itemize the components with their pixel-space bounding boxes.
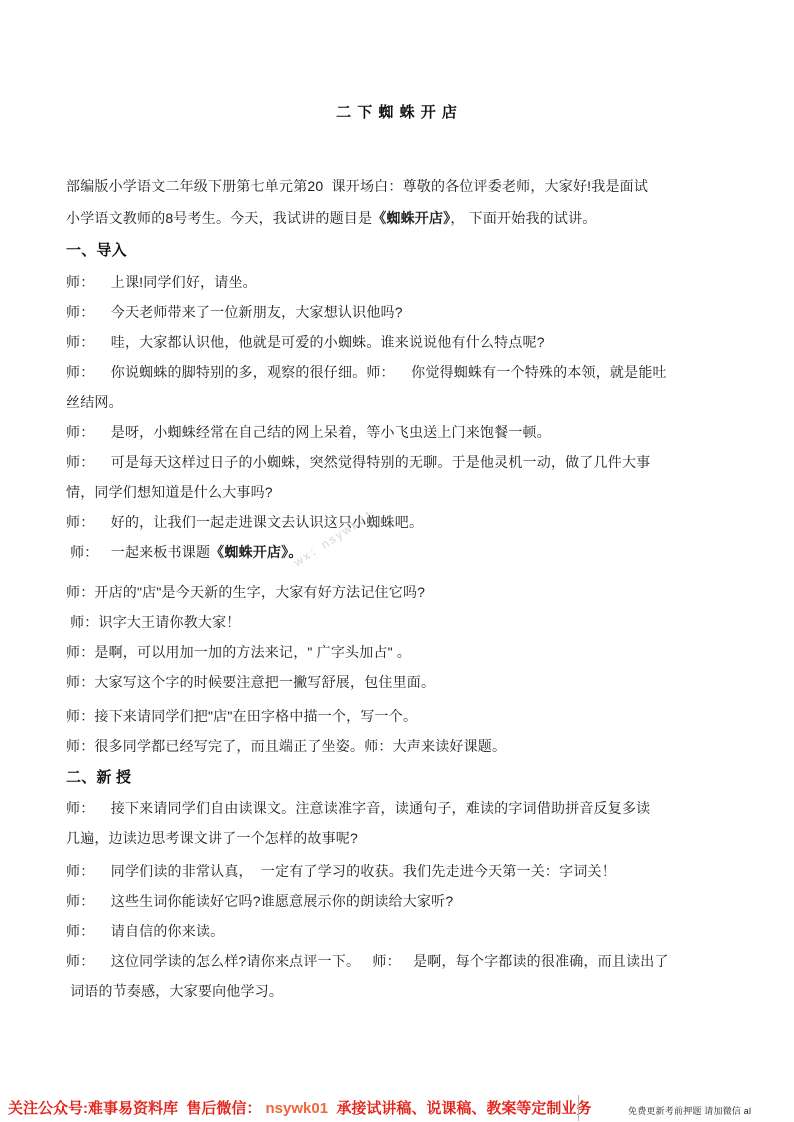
text-line: 师： 今天老师带来了一位新朋友，大家想认识他吗? <box>66 297 734 327</box>
text-segment: 几遍，边读边思考课文讲了一个怎样的故事呢? <box>66 830 358 846</box>
document-body: 部编版小学语文二年级下册第七单元第20 课开场白：尊敬的各位评委老师，大家好!我… <box>66 171 734 1006</box>
text-line: 师： 请自信的你来读。 <box>66 916 734 946</box>
text-line: 情，同学们想知道是什么大事吗? <box>66 477 734 507</box>
text-line: 师： 好的，让我们一起走进课文去认识这只小蜘蛛吧。 <box>66 507 734 537</box>
text-segment: 师： 这位同学读的怎么样?请你来点评一下。 师： 是啊，每个字都读的很准确，而且… <box>66 953 669 969</box>
footer-promo-text: 关注公众号:难事易资料库 售后微信： <box>8 1100 266 1117</box>
text-segment: 师：大家写这个字的时候要注意把一撇写舒展，包住里面。 <box>66 674 435 690</box>
text-segment: 师： 接下来请同学们自由读课文。注意读准字音，读通句子，难读的字词借助拼音反复多… <box>66 800 650 816</box>
text-segment: 词语的节奏感，大家要向他学习。 <box>66 983 283 999</box>
text-segment: 师： 可是每天这样过日子的小蜘蛛，突然觉得特别的无聊。于是他灵机一动，做了几件大… <box>66 454 650 470</box>
text-line: 师： 同学们读的非常认真， 一定有了学习的收获。我们先走进今天第一关：字词关！ <box>66 856 734 886</box>
text-line: 师： 是呀，小蜘蛛经常在自己结的网上呆着，等小飞虫送上门来饱餐一顿。 <box>66 417 734 447</box>
bold-text-segment: 一、导入 <box>66 242 127 259</box>
text-line: 师： 可是每天这样过日子的小蜘蛛，突然觉得特别的无聊。于是他灵机一动，做了几件大… <box>66 447 734 477</box>
text-segment: 师：开店的"店"是今天新的生字，大家有好方法记住它吗? <box>66 584 425 600</box>
text-segment: 师： 今天老师带来了一位新朋友，大家想认识他吗? <box>66 304 403 320</box>
text-segment: 师： 你说蜘蛛的脚特别的多，观察的很仔细。师： 你觉得蜘蛛有一个特殊的本领，就是… <box>66 364 667 380</box>
text-line: 师：大家写这个字的时候要注意把一撇写舒展，包住里面。 <box>66 667 734 697</box>
text-line: 师：识字大王请你教大家！ <box>66 607 734 637</box>
text-segment: 师： 是呀，小蜘蛛经常在自己结的网上呆着，等小飞虫送上门来饱餐一顿。 <box>66 424 551 440</box>
text-line: 师： 这些生词你能读好它吗?谁愿意展示你的朗读给大家听? <box>66 886 734 916</box>
text-segment: 情，同学们想知道是什么大事吗? <box>66 484 273 500</box>
text-segment: 师：接下来请同学们把"店"在田字格中描一个，写一个。 <box>66 708 417 724</box>
footer-divider <box>578 1095 579 1121</box>
section-heading: 一、导入 <box>66 236 734 266</box>
text-line: 师： 一起来板书课题《蜘蛛开店》。 <box>66 537 734 567</box>
text-segment: 部编版小学语文二年级下册第七单元第20 课开场白：尊敬的各位评委老师，大家好!我… <box>66 178 648 194</box>
footer-promo-text: 承接试讲稿、说课稿、教案等定制业务 <box>328 1100 591 1117</box>
bold-text-segment: 《蜘蛛开店》。 <box>210 544 302 560</box>
text-line: 小学语文教师的8号考生。今天，我试讲的题目是《蜘蛛开店》， 下面开始我的试讲。 <box>66 203 734 233</box>
text-line: 师： 上课!同学们好，请坐。 <box>66 267 734 297</box>
text-line: 师： 你说蜘蛛的脚特别的多，观察的很仔细。师： 你觉得蜘蛛有一个特殊的本领，就是… <box>66 357 734 387</box>
text-line: 师：很多同学都已经写完了，而且端正了坐姿。师：大声来读好课题。 <box>66 731 734 761</box>
text-segment: 师： 请自信的你来读。 <box>66 923 224 939</box>
section-heading: 二、新 授 <box>66 763 734 793</box>
text-segment: 师：是啊，可以用加一加的方法来记，" 广字头加占" 。 <box>66 644 411 660</box>
text-segment: 丝结网。 <box>66 394 123 410</box>
text-segment: 师：识字大王请你教大家！ <box>66 614 241 630</box>
text-line: 师：是啊，可以用加一加的方法来记，" 广字头加占" 。 <box>66 637 734 667</box>
text-segment: 小学语文教师的8号考生。今天，我试讲的题目是 <box>66 210 372 226</box>
footer-wechat-id: nsywk01 <box>266 1100 329 1117</box>
bold-text-segment: 《蜘蛛开店》 <box>372 210 450 226</box>
footer-banner: 关注公众号:难事易资料库 售后微信： nsywk01 承接试讲稿、说课稿、教案等… <box>8 1097 591 1121</box>
text-line: 部编版小学语文二年级下册第七单元第20 课开场白：尊敬的各位评委老师，大家好!我… <box>66 171 734 201</box>
footer-note: 免费更新考前押题 请加微信 al <box>628 1104 751 1117</box>
text-line: 师： 这位同学读的怎么样?请你来点评一下。 师： 是啊，每个字都读的很准确，而且… <box>66 946 734 976</box>
text-segment: 师： 好的，让我们一起走进课文去认识这只小蜘蛛吧。 <box>66 514 423 530</box>
text-segment: 师： 一起来板书课题 <box>66 544 210 560</box>
document-title: 二 下 蜘 蛛 开 店 <box>0 101 794 122</box>
text-segment: ， 下面开始我的试讲。 <box>450 210 596 226</box>
text-segment: 师： 这些生词你能读好它吗?谁愿意展示你的朗读给大家听? <box>66 893 453 909</box>
text-line: 师：开店的"店"是今天新的生字，大家有好方法记住它吗? <box>66 577 734 607</box>
bold-text-segment: 二、新 授 <box>66 769 131 786</box>
text-line: 几遍，边读边思考课文讲了一个怎样的故事呢? <box>66 823 734 853</box>
text-line: 师： 哇，大家都认识他，他就是可爱的小蜘蛛。谁来说说他有什么特点呢? <box>66 327 734 357</box>
text-line: 丝结网。 <box>66 387 734 417</box>
text-segment: 师：很多同学都已经写完了，而且端正了坐姿。师：大声来读好课题。 <box>66 738 506 754</box>
text-line: 师：接下来请同学们把"店"在田字格中描一个，写一个。 <box>66 701 734 731</box>
text-line: 师： 接下来请同学们自由读课文。注意读准字音，读通句子，难读的字词借助拼音反复多… <box>66 793 734 823</box>
document-page: 二 下 蜘 蛛 开 店 wx：nsywk01 部编版小学语文二年级下册第七单元第… <box>0 0 794 1122</box>
text-segment: 师： 同学们读的非常认真， 一定有了学习的收获。我们先走进今天第一关：字词关！ <box>66 863 616 879</box>
text-segment: 师： 上课!同学们好，请坐。 <box>66 274 257 290</box>
text-line: 词语的节奏感，大家要向他学习。 <box>66 976 734 1006</box>
text-segment: 师： 哇，大家都认识他，他就是可爱的小蜘蛛。谁来说说他有什么特点呢? <box>66 334 545 350</box>
